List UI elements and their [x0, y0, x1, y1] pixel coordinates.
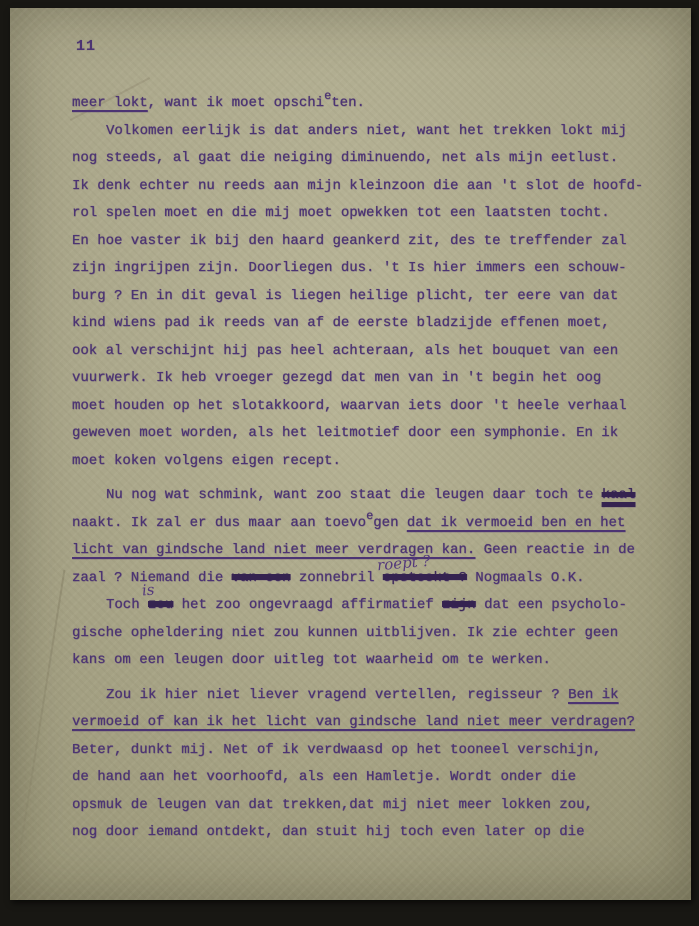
- typed-text: zonnebril: [290, 570, 382, 586]
- typed-text: ook al verschijnt hij pas heel achteraan…: [72, 343, 618, 359]
- text-line: Beter, dunkt mij. Net of ik verdwaasd op…: [72, 737, 672, 765]
- typed-text: het zoo ongevraagd affirmatief: [173, 597, 442, 613]
- text-line: opsmuk de leugen van dat trekken,dat mij…: [72, 792, 672, 820]
- text-line: zijn ingrijpen zijn. Doorliegen dus. 't …: [72, 255, 672, 283]
- paper-crease: [17, 570, 66, 867]
- typed-text: ten.: [331, 95, 365, 111]
- typed-text: de hand aan het voorhoofd, als een Hamle…: [72, 769, 576, 785]
- text-line: zaal ? Niemand die van een zonnebril ops…: [72, 565, 672, 593]
- text-line: kans om een leugen door uitleg tot waarh…: [72, 647, 672, 675]
- document-page: 11 meer lokt, want ik moet opschieten.Vo…: [10, 8, 691, 900]
- text-line: geweven moet worden, als het leitmotief …: [72, 420, 672, 448]
- underlined-text: vermoeid of kan ik het licht van gindsch…: [72, 714, 635, 730]
- text-line: gische opheldering niet zou kunnen uitbl…: [72, 620, 672, 648]
- document-text: meer lokt, want ik moet opschieten.Volko…: [72, 90, 672, 847]
- text-line: Zou ik hier niet liever vragend vertelle…: [72, 682, 672, 710]
- typed-text: Beter, dunkt mij. Net of ik verdwaasd op…: [72, 742, 601, 758]
- superscript-correction: e: [324, 89, 331, 103]
- text-line: rol spelen moet en die mij moet opwekken…: [72, 200, 672, 228]
- annotated-text: zouis: [148, 592, 173, 620]
- typed-text: opsmuk de leugen van dat trekken,dat mij…: [72, 797, 593, 813]
- scan-background: { "page": { "number": "11" }, "ink_color…: [0, 0, 699, 926]
- typed-text: Toch: [106, 597, 148, 613]
- text-line: vermoeid of kan ik het licht van gindsch…: [72, 709, 672, 737]
- underlined-text: Ben ik: [568, 687, 618, 703]
- typed-text: zijn ingrijpen zijn. Doorliegen dus. 't …: [72, 260, 627, 276]
- struck-out-text: zijn: [442, 597, 476, 613]
- text-line: moet houden op het slotakkoord, waarvan …: [72, 393, 672, 421]
- typed-text: moet houden op het slotakkoord, waarvan …: [72, 398, 627, 414]
- typed-text: vuurwerk. Ik heb vroeger gezegd dat men …: [72, 370, 601, 386]
- typed-text: moet koken volgens eigen recept.: [72, 453, 341, 469]
- typed-text: En hoe vaster ik bij den haard geankerd …: [72, 233, 627, 249]
- typed-text: burg ? En in dit geval is liegen heilige…: [72, 288, 618, 304]
- typed-text: nog door iemand ontdekt, dan stuit hij t…: [72, 824, 584, 840]
- text-line: naakt. Ik zal er dus maar aan toevoegen …: [72, 510, 672, 538]
- typed-text: Ik denk echter nu reeds aan mijn kleinzo…: [72, 178, 643, 194]
- text-line: Ik denk echter nu reeds aan mijn kleinzo…: [72, 173, 672, 201]
- typed-text: Zou ik hier niet liever vragend vertelle…: [106, 687, 568, 703]
- typed-text: Nogmaals O.K.: [467, 570, 585, 586]
- text-line: meer lokt, want ik moet opschieten.: [72, 90, 672, 118]
- text-line: En hoe vaster ik bij den haard geankerd …: [72, 228, 672, 256]
- text-line: Toch zouis het zoo ongevraagd affirmatie…: [72, 592, 672, 620]
- text-line: de hand aan het voorhoofd, als een Hamle…: [72, 764, 672, 792]
- text-line: Nu nog wat schmink, want zoo staat die l…: [72, 482, 672, 510]
- text-line: nog door iemand ontdekt, dan stuit hij t…: [72, 819, 672, 847]
- text-line: ook al verschijnt hij pas heel achteraan…: [72, 338, 672, 366]
- underlined-text: dat ik vermoeid ben en het: [407, 515, 625, 531]
- text-line: nog steeds, al gaat die neiging diminuen…: [72, 145, 672, 173]
- text-line: kind wiens pad ik reeds van af de eerste…: [72, 310, 672, 338]
- text-line: burg ? En in dit geval is liegen heilige…: [72, 283, 672, 311]
- struck-out-text: kaal: [602, 487, 636, 503]
- typed-text: Nu nog wat schmink, want zoo staat die l…: [106, 487, 602, 503]
- typed-text: gen: [373, 515, 407, 531]
- typed-text: gische opheldering niet zou kunnen uitbl…: [72, 625, 618, 641]
- text-line: moet koken volgens eigen recept.: [72, 448, 672, 476]
- typed-text: dat een psycholo-: [476, 597, 627, 613]
- superscript-correction: e: [366, 509, 373, 523]
- typed-text: nog steeds, al gaat die neiging diminuen…: [72, 150, 618, 166]
- underlined-text: meer lokt: [72, 95, 148, 111]
- typed-text: naakt. Ik zal er dus maar aan toevo: [72, 515, 366, 531]
- typed-text: Volkomen eerlijk is dat anders niet, wan…: [106, 123, 627, 139]
- handwritten-annotation: is: [141, 577, 156, 605]
- text-line: licht van gindsche land niet meer verdra…: [72, 537, 672, 565]
- typed-text: kans om een leugen door uitleg tot waarh…: [72, 652, 551, 668]
- text-line: vuurwerk. Ik heb vroeger gezegd dat men …: [72, 365, 672, 393]
- typed-text: geweven moet worden, als het leitmotief …: [72, 425, 618, 441]
- annotated-text: opsteekt ?roept ?: [383, 565, 467, 593]
- typed-text: Geen reactie in de: [475, 542, 635, 558]
- text-line: Volkomen eerlijk is dat anders niet, wan…: [72, 118, 672, 146]
- typed-text: rol spelen moet en die mij moet opwekken…: [72, 205, 610, 221]
- handwritten-annotation: roept ?: [376, 547, 432, 579]
- typed-text: , want ik moet opschi: [148, 95, 324, 111]
- struck-out-text: van een: [232, 570, 291, 586]
- typed-text: kind wiens pad ik reeds van af de eerste…: [72, 315, 610, 331]
- page-number: 11: [76, 38, 96, 55]
